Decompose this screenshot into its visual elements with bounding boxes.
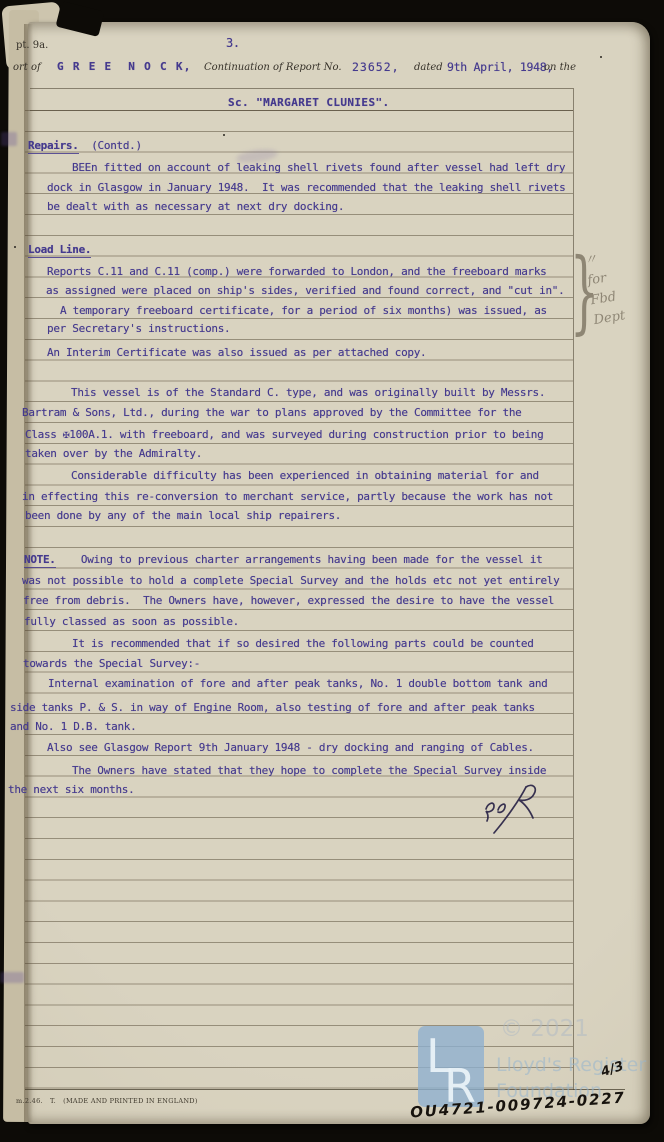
typed-line: Also see Glasgow Report 9th January 1948… (47, 741, 534, 754)
surveyor-signature (476, 783, 544, 839)
typed-text: per Secretary's instructions. (47, 322, 230, 335)
typed-text: towards the Special Survey:- (23, 657, 200, 670)
ship-name-title: Sc. "MARGARET CLUNIES". (228, 96, 390, 109)
typed-text: as assigned were placed on ship's sides,… (46, 284, 564, 297)
port-of-label: ort of (13, 62, 41, 73)
typed-text: was not possible to hold a complete Spec… (22, 574, 559, 587)
lloyds-register-logo: L R (418, 1026, 484, 1107)
paper-speck (14, 246, 16, 248)
typed-text: Owing to previous charter arrangements h… (56, 553, 543, 566)
typed-line: per Secretary's instructions. (47, 322, 230, 335)
typed-line: in effecting this re-conversion to merch… (22, 490, 553, 503)
typed-text: Class ✠100A.1. with freeboard, and was s… (25, 428, 543, 441)
typed-line: Load Line. (28, 243, 91, 256)
typed-line: fully classed as soon as possible. (24, 615, 239, 628)
typed-line: Internal examination of fore and after p… (48, 677, 547, 690)
typed-line: and No. 1 D.B. tank. (10, 720, 136, 733)
typed-text: the next six months. (8, 783, 134, 796)
typed-line: The Owners have stated that they hope to… (72, 764, 546, 777)
report-date: 9th April, 1948, (447, 60, 553, 74)
typed-text: fully classed as soon as possible. (24, 615, 239, 628)
form-top-rule (30, 88, 573, 89)
typed-line: It is recommended that if so desired the… (72, 637, 534, 650)
typed-line: the next six months. (8, 783, 134, 796)
section-heading: Repairs. (28, 139, 79, 154)
typed-text: Internal examination of fore and after p… (48, 677, 547, 690)
port-name: G R E E N O C K, (57, 60, 192, 73)
typed-line: be dealt with as necessary at next dry d… (47, 200, 344, 213)
typed-line: Repairs. (Contd.) (28, 139, 142, 152)
typed-line: as assigned were placed on ship's sides,… (46, 284, 564, 297)
typed-text: taken over by the Admiralty. (25, 447, 202, 460)
typed-text: and No. 1 D.B. tank. (10, 720, 136, 733)
typed-text: BEEn fitted on account of leaking shell … (72, 161, 565, 174)
scanned-document-page: pt. 9a. 3. ort of G R E E N O C K, Conti… (0, 0, 664, 1142)
typed-line: taken over by the Admiralty. (25, 447, 202, 460)
typed-text: A temporary freeboard certificate, for a… (60, 304, 547, 317)
typed-text: free from debris. The Owners have, howev… (23, 594, 554, 607)
watermark-copyright: © 2021 (500, 1016, 589, 1042)
typed-line: Bartram & Sons, Ltd., during the war to … (22, 406, 521, 419)
typed-text: The Owners have stated that they hope to… (72, 764, 546, 777)
typed-line: side tanks P. & S. in way of Engine Room… (10, 701, 535, 714)
typed-line: An Interim Certificate was also issued a… (47, 346, 426, 359)
typed-text: This vessel is of the Standard C. type, … (71, 386, 545, 399)
typed-text: An Interim Certificate was also issued a… (47, 346, 426, 359)
typed-text: Considerable difficulty has been experie… (71, 469, 539, 482)
typed-text: side tanks P. & S. in way of Engine Room… (10, 701, 535, 714)
typed-line: A temporary freeboard certificate, for a… (60, 304, 547, 317)
stamp-fragment (1, 132, 17, 146)
typed-text: in effecting this re-conversion to merch… (22, 490, 553, 503)
form-right-border (573, 88, 574, 1090)
typed-line: dock in Glasgow in January 1948. It was … (47, 181, 565, 194)
typed-line: BEEn fitted on account of leaking shell … (72, 161, 565, 174)
printer-imprint: m.2.46. T. (MADE AND PRINTED IN ENGLAND) (16, 1097, 198, 1105)
typed-text: dock in Glasgow in January 1948. It was … (47, 181, 565, 194)
title-rule (30, 110, 573, 111)
typed-text: Also see Glasgow Report 9th January 1948… (47, 741, 534, 754)
typed-text: been done by any of the main local ship … (25, 509, 341, 522)
section-heading: Load Line. (28, 243, 91, 258)
typed-text: be dealt with as necessary at next dry d… (47, 200, 344, 213)
paper-speck (600, 56, 602, 58)
typed-line: towards the Special Survey:- (23, 657, 200, 670)
stamp-fragment (0, 972, 24, 983)
paper-speck (223, 134, 225, 136)
typed-line: This vessel is of the Standard C. type, … (71, 386, 545, 399)
dated-label: dated (414, 62, 443, 73)
report-number: 23652, (352, 60, 400, 74)
pencil-ditto-mark: 〃 (583, 252, 598, 269)
typed-line: was not possible to hold a complete Spec… (22, 574, 559, 587)
typed-text: Reports C.11 and C.11 (comp.) were forwa… (47, 265, 546, 278)
typed-line: been done by any of the main local ship … (25, 509, 341, 522)
typed-text: (Contd.) (79, 139, 142, 152)
continuation-label: Continuation of Report No. (204, 62, 342, 73)
page-number: 3. (226, 36, 240, 50)
typed-text: It is recommended that if so desired the… (72, 637, 534, 650)
on-the-label: on the (544, 62, 576, 73)
typed-line: NOTE. Owing to previous charter arrangem… (24, 553, 542, 566)
section-heading: NOTE. (24, 553, 56, 568)
typed-line: Class ✠100A.1. with freeboard, and was s… (25, 428, 543, 441)
form-ref: pt. 9a. (16, 40, 48, 51)
typed-line: free from debris. The Owners have, howev… (23, 594, 554, 607)
typed-line: Considerable difficulty has been experie… (71, 469, 539, 482)
typed-line: Reports C.11 and C.11 (comp.) were forwa… (47, 265, 546, 278)
typed-text: Bartram & Sons, Ltd., during the war to … (22, 406, 521, 419)
